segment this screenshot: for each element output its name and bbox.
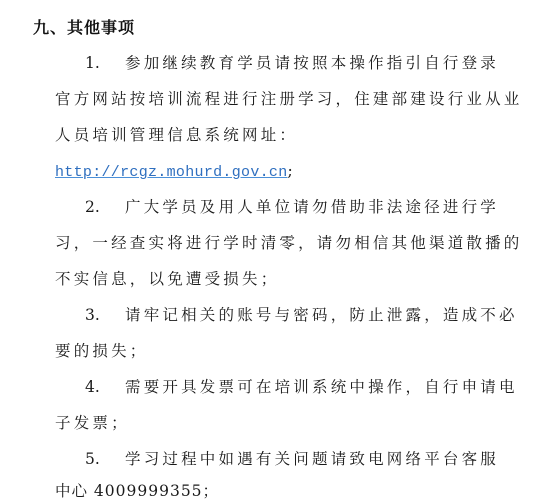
item-text-line: 需要开具发票可在培训系统中操作，自行申请电 xyxy=(125,377,518,397)
item-text-line: 官方网站按培训流程进行注册学习，住建部建设行业从业 xyxy=(55,89,523,109)
item-number: 2. xyxy=(85,197,100,217)
item-number: 1. xyxy=(85,53,100,73)
item-number: 5. xyxy=(85,449,100,469)
item-text-line: 参加继续教育学员请按照本操作指引自行登录 xyxy=(125,53,499,73)
link-suffix: ; xyxy=(288,162,293,180)
website-link[interactable]: http://rcgz.mohurd.gov.cn xyxy=(55,164,288,181)
item-text-line: 中心 4009999355； xyxy=(55,481,219,501)
section-heading: 九、其他事项 xyxy=(33,15,135,38)
item-number: 3. xyxy=(85,305,100,325)
item-text-line: 要的损失； xyxy=(55,341,149,361)
item-text-line: 广大学员及用人单位请勿借助非法途径进行学 xyxy=(125,197,499,217)
item-text-line: 人员培训管理信息系统网址： xyxy=(55,125,298,145)
item-text-line: 请牢记相关的账号与密码，防止泄露，造成不必 xyxy=(125,305,518,325)
item-number: 4. xyxy=(85,377,100,397)
item-text-line: 习，一经查实将进行学时清零，请勿相信其他渠道散播的 xyxy=(55,233,523,253)
item-text-line: 学习过程中如遇有关问题请致电网络平台客服 xyxy=(125,449,499,469)
item-text-line: 不实信息，以免遭受损失； xyxy=(55,269,279,289)
item-text-line: 子发票； xyxy=(55,413,130,433)
